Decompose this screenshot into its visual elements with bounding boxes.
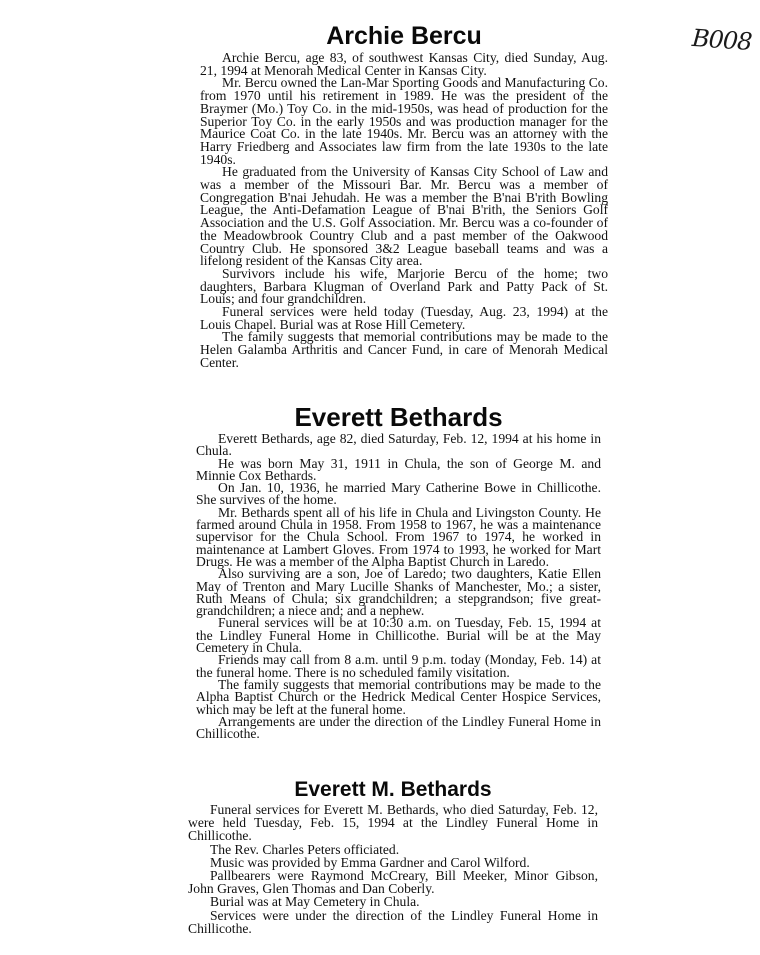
obituary-paragraph: Everett Bethards, age 82, died Saturday,… <box>196 433 601 458</box>
scanned-document-page: B008 Archie Bercu Archie Bercu, age 83, … <box>0 0 760 955</box>
obituary-everett-m-bethards: Everett M. Bethards Funeral services for… <box>188 778 598 935</box>
obituary-paragraph: He graduated from the University of Kans… <box>200 166 608 268</box>
obituary-paragraph: Services were under the direction of the… <box>188 909 598 935</box>
obituary-paragraph: Funeral services for Everett M. Bethards… <box>188 803 598 843</box>
obituary-paragraph: The family suggests that memorial contri… <box>196 679 601 716</box>
obituary-paragraph: The family suggests that memorial contri… <box>200 331 608 369</box>
obituary-heading: Everett M. Bethards <box>188 778 598 802</box>
obituary-paragraph: Mr. Bercu owned the Lan-Mar Sporting Goo… <box>200 77 608 166</box>
obituary-paragraph: Also surviving are a son, Joe of Laredo;… <box>196 568 601 617</box>
obituary-paragraph: Funeral services were held today (Tuesda… <box>200 306 608 331</box>
obituary-heading: Everett Bethards <box>196 402 601 432</box>
obituary-archie-bercu: Archie Bercu Archie Bercu, age 83, of so… <box>200 22 608 370</box>
obituary-paragraph: He was born May 31, 1911 in Chula, the s… <box>196 458 601 483</box>
obituary-everett-bethards: Everett Bethards Everett Bethards, age 8… <box>196 402 601 740</box>
obituary-paragraph: Survivors include his wife, Marjorie Ber… <box>200 268 608 306</box>
obituary-paragraph: Archie Bercu, age 83, of southwest Kansa… <box>200 52 608 77</box>
handwritten-annotation: B008 <box>691 24 752 56</box>
obituary-paragraph: Pallbearers were Raymond McCreary, Bill … <box>188 869 598 895</box>
obituary-heading: Archie Bercu <box>200 22 608 50</box>
obituary-paragraph: Mr. Bethards spent all of his life in Ch… <box>196 507 601 568</box>
obituary-paragraph: Funeral services will be at 10:30 a.m. o… <box>196 617 601 654</box>
obituary-paragraph: The Rev. Charles Peters officiated. <box>188 843 598 856</box>
obituary-paragraph: Burial was at May Cemetery in Chula. <box>188 895 598 908</box>
obituary-paragraph: On Jan. 10, 1936, he married Mary Cather… <box>196 482 601 507</box>
obituary-paragraph: Friends may call from 8 a.m. until 9 p.m… <box>196 654 601 679</box>
obituary-paragraph: Arrangements are under the direction of … <box>196 716 601 741</box>
